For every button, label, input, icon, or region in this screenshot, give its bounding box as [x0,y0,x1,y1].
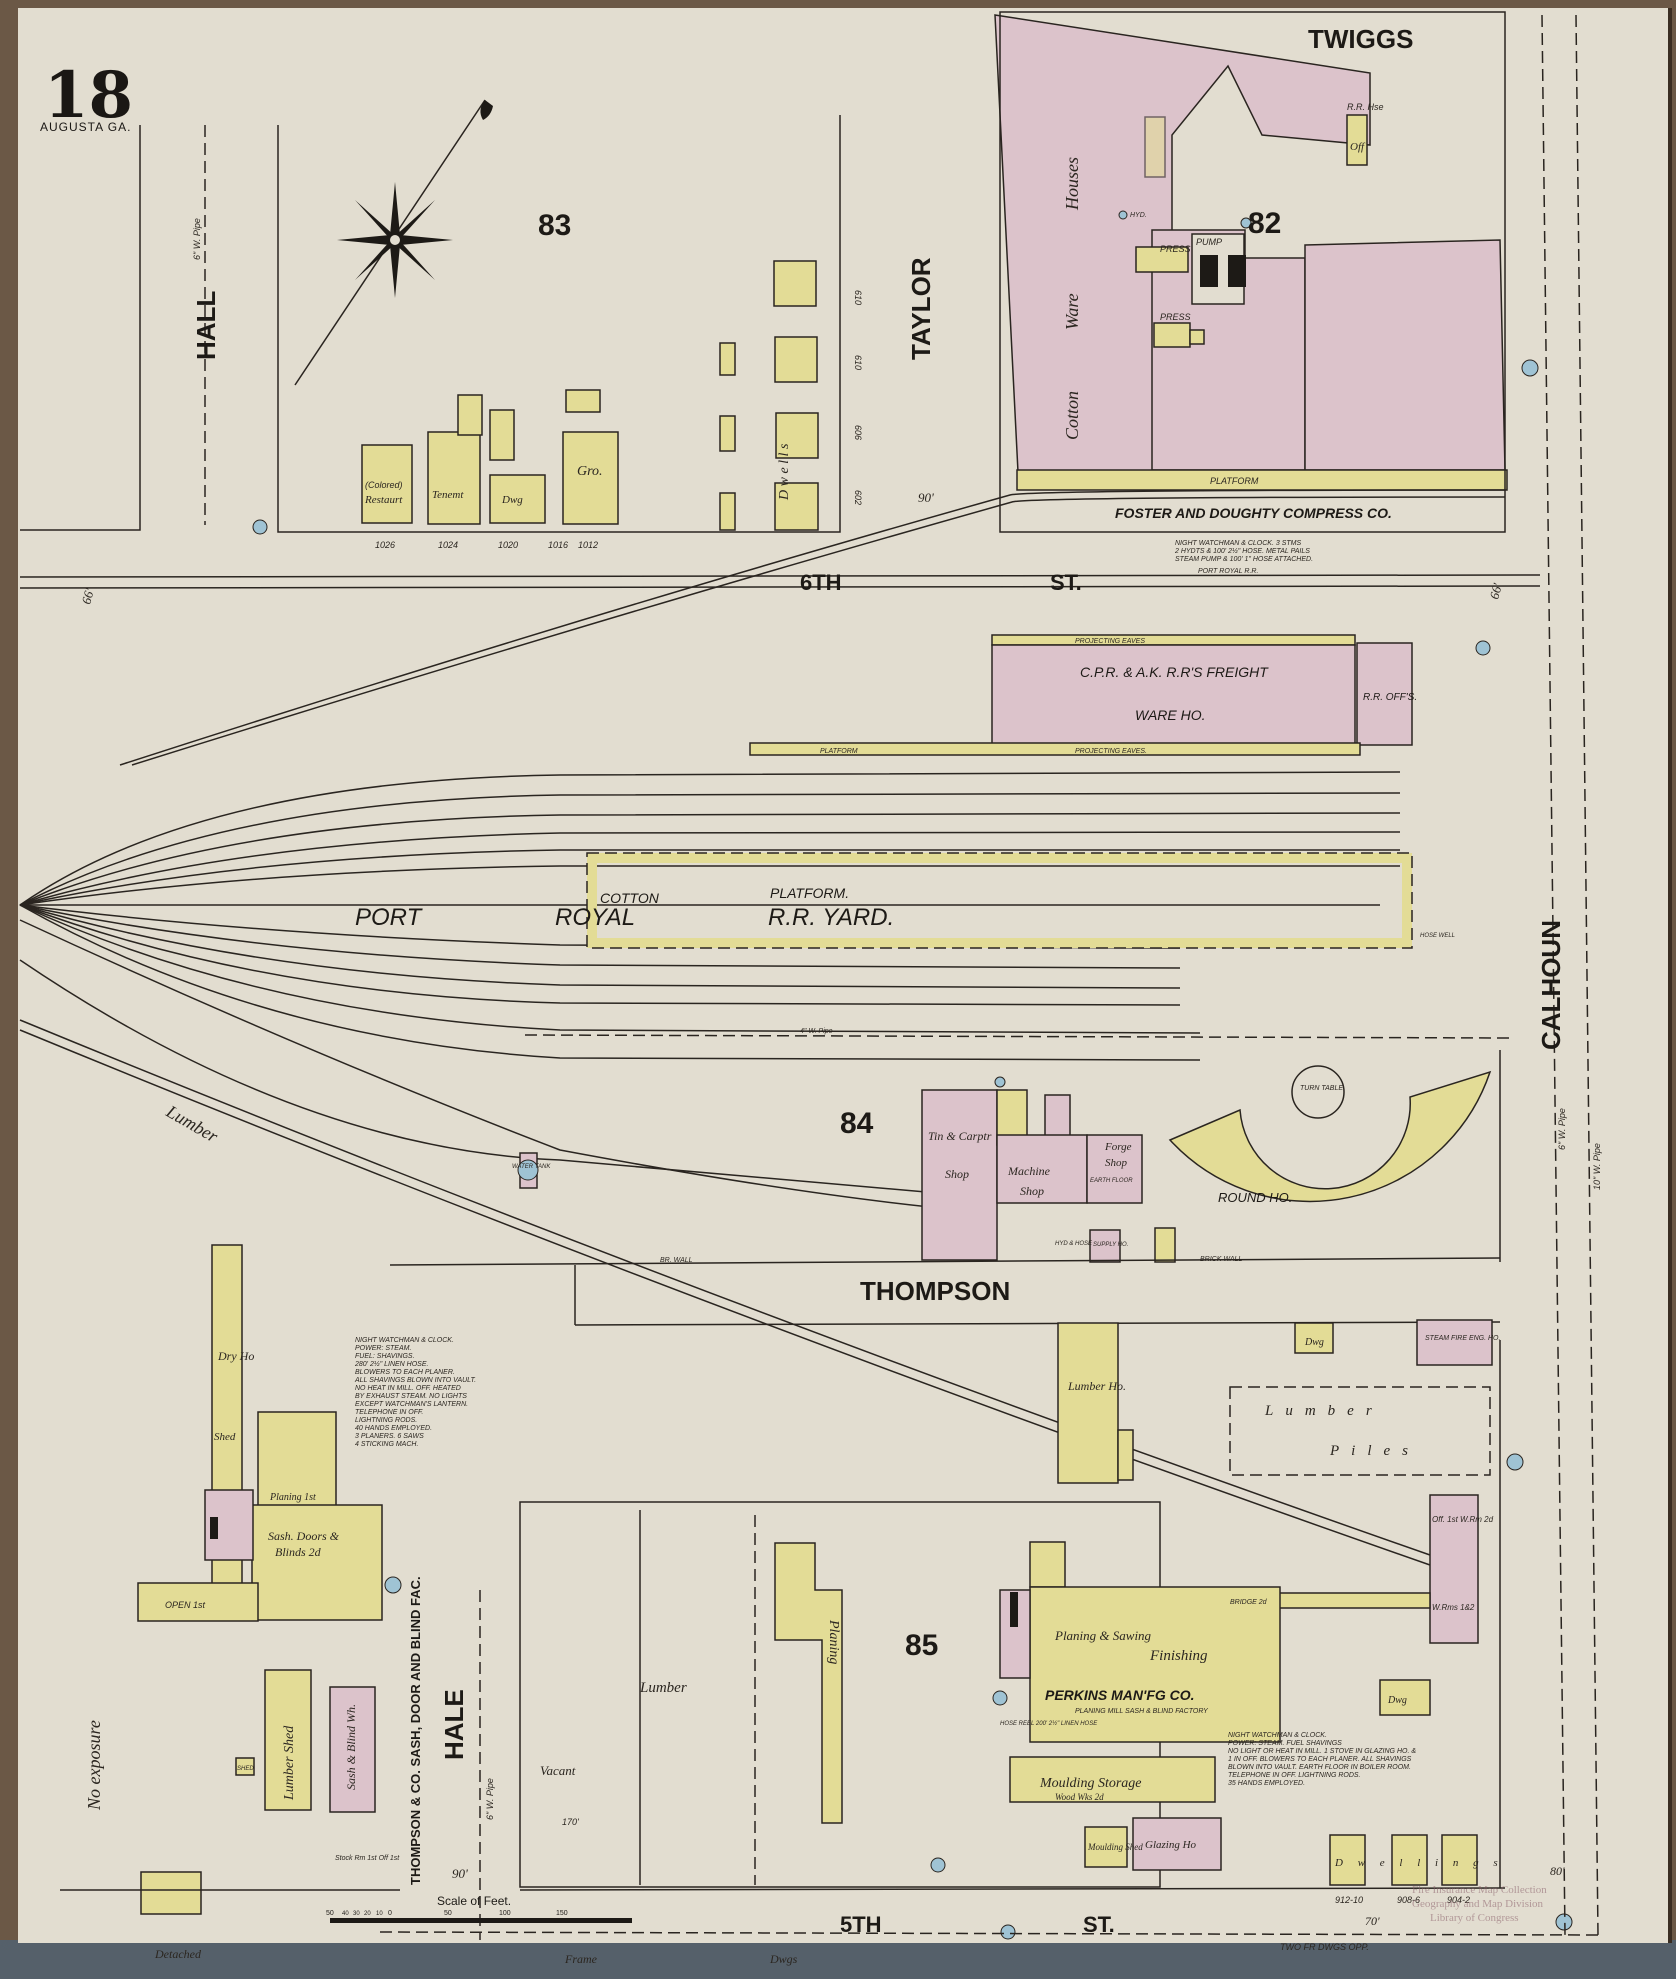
perkins-notes: NIGHT WATCHMAN & CLOCK. POWER: STEAM. FU… [1228,1732,1416,1787]
yard-rr-yard: R.R. YARD. [768,904,894,931]
compass-rose-icon [295,100,493,385]
dist-70: 70' [1365,1914,1380,1928]
label-brick-wall: BRICK WALL [1200,1256,1242,1263]
svg-text:0: 0 [388,1910,392,1917]
label-detached: Detached [154,1947,202,1961]
company-thompson: THOMPSON & CO. SASH, DOOR AND BLIND FAC. [408,1576,423,1885]
svg-text:40 HANDS EMPLOYED.: 40 HANDS EMPLOYED. [355,1425,432,1432]
svg-text:Library of Congress: Library of Congress [1430,1912,1519,1924]
label-hose-well: HOSE WELL [1420,933,1455,939]
svg-text:Fire Insurance Map Collection: Fire Insurance Map Collection [1412,1884,1547,1896]
label-dwg-right: Dwg [1387,1695,1407,1706]
rail-yard-tracks [20,772,1510,1565]
label-houses: Houses [1062,157,1082,211]
label-4in-pipe: 4" W. Pipe [800,1028,833,1035]
label-vacant: Vacant [540,1763,576,1778]
address-606: 606 [853,425,863,440]
svg-text:ALL SHAVINGS BLOWN INTO VAULT.: ALL SHAVINGS BLOWN INTO VAULT. [354,1377,476,1384]
library-stamp: Fire Insurance Map Collection Geography … [1412,1884,1547,1924]
label-off-wrm: Off. 1st W.Rm 2d [1432,1515,1494,1524]
svg-text:FUEL: SHAVINGS.: FUEL: SHAVINGS. [355,1353,415,1360]
street-thompson: THOMPSON [860,1276,1010,1306]
label-open: OPEN 1st [165,1600,206,1610]
address-912-10: 912-10 [1335,1895,1363,1905]
label-dwgs: Dwgs [769,1952,798,1966]
label-frame: Frame [564,1952,598,1966]
company-foster-doughty: FOSTER AND DOUGHTY COMPRESS CO. [1115,505,1392,521]
svg-text:150: 150 [556,1910,568,1917]
street-fifth: 5TH [840,1912,882,1937]
label-moulding-storage: Moulding Storage [1039,1776,1142,1791]
address-610: 610 [853,290,863,305]
label-press-2: PRESS [1160,312,1191,322]
label-port-royal-rr: PORT ROYAL R.R. [1198,568,1258,575]
label-planing-sawing: Planing & Sawing [1054,1628,1152,1643]
dist-90-hale: 90' [452,1866,468,1881]
label-planing-1: Planing 1st [269,1492,316,1503]
label-dry-ho: Dry Ho [217,1349,254,1363]
svg-text:4 STICKING MACH.: 4 STICKING MACH. [355,1441,418,1448]
label-round-house: ROUND HO. [1218,1190,1292,1205]
label-press-1: PRESS [1160,244,1191,254]
label-bridge: BRIDGE 2d [1230,1599,1268,1606]
label-dwellings-85: D w e l l i n g s [1334,1857,1504,1869]
label-dwg: Dwg [501,494,523,506]
label-glazing: Glazing Ho [1145,1839,1197,1851]
svg-text:280' 2½" LINEN HOSE.: 280' 2½" LINEN HOSE. [354,1360,429,1368]
svg-text:NO HEAT IN MILL. OFF. HEATED: NO HEAT IN MILL. OFF. HEATED [355,1385,461,1392]
label-water-tank: WATER TANK [512,1164,551,1170]
hydrant-icon [253,520,267,534]
company-perkins-sub: PLANING MILL SASH & BLIND FACTORY [1075,1708,1209,1715]
svg-text:Geography and Map Division: Geography and Map Division [1412,1898,1544,1910]
label-restaurant: Restaurt [364,494,403,506]
label-supply-ho: SUPPLY HO. [1093,1242,1128,1248]
label-dwg-top: Dwg [1304,1337,1324,1348]
map-canvas: TWIGGS HALL TAYLOR 6TH ST. CALHOUN THOMP… [0,0,1676,1979]
label-grocery: Gro. [577,464,603,479]
svg-text:100: 100 [499,1910,511,1917]
dist-66-left: 66' [78,586,97,605]
label-machine: Machine [1007,1164,1051,1178]
street-hale: HALE [439,1689,469,1760]
label-tin-shop: Tin & Carptr [928,1129,992,1143]
dist-66-right: 66' [1486,581,1505,600]
block-number-85: 85 [905,1629,938,1662]
label-forge-shop: Shop [1105,1157,1128,1169]
yard-port: PORT [355,904,424,931]
svg-text:NIGHT WATCHMAN & CLOCK.: NIGHT WATCHMAN & CLOCK. [355,1337,454,1344]
note-line: 2 HYDTS & 100' 2½" HOSE. METAL PAILS [1174,547,1310,555]
svg-text:LIGHTNING RODS.: LIGHTNING RODS. [355,1417,417,1424]
label-wood-wks: Wood Wks 2d [1055,1792,1104,1802]
address-602: 602 [853,490,863,505]
label-earth-floor: EARTH FLOOR [1090,1178,1133,1184]
note-line: NIGHT WATCHMAN & CLOCK. 3 STMS [1175,540,1301,547]
label-wrms: W.Rms 1&2 [1432,1603,1475,1612]
yard-cotton: COTTON [600,890,660,906]
freight-title: C.P.R. & A.K. R.R'S FREIGHT [1080,664,1269,680]
scale-bar [330,1918,632,1923]
label-planing-side: Planing [826,1619,841,1664]
freight-subtitle: WARE HO. [1135,707,1206,723]
label-hose-house: HYD & HOSE [1055,1241,1093,1247]
svg-text:POWER: STEAM.: POWER: STEAM. [355,1345,411,1352]
label-two-fr-dwgs: TWO FR DWGS OPP. [1280,1942,1369,1952]
thompson-notes: NIGHT WATCHMAN & CLOCK. POWER: STEAM. FU… [354,1337,476,1448]
label-lumber-shed: Lumber Shed [282,1725,297,1801]
note-line: STEAM PUMP & 100' 1" HOSE ATTACHED. [1175,556,1313,563]
svg-text:TELEPHONE IN OFF.: TELEPHONE IN OFF. [355,1409,423,1416]
label-colored: (Colored) [365,480,403,490]
company-perkins: PERKINS MAN'FG CO. [1045,1687,1195,1703]
label-machine-shop: Shop [1020,1184,1044,1198]
label-platform: PLATFORM [1210,476,1259,486]
address-1012: 1012 [578,540,598,550]
svg-text:50: 50 [326,1910,334,1917]
label-turn-table: TURN TABLE [1300,1085,1343,1092]
svg-text:3 PLANERS. 6 SAWS: 3 PLANERS. 6 SAWS [355,1433,424,1440]
label-finishing: Finishing [1149,1648,1208,1664]
svg-text:NIGHT WATCHMAN & CLOCK.: NIGHT WATCHMAN & CLOCK. [1228,1732,1327,1739]
label-planing-3: Blinds 2d [275,1545,322,1559]
label-lumber-ho: Lumber Ho. [1067,1379,1126,1393]
freight-office: R.R. OFF'S. [1363,692,1417,703]
label-lumber-piles-2: Piles [1329,1443,1420,1459]
label-rr-hse: R.R. Hse [1347,102,1384,112]
block-82 [995,12,1507,532]
label-moulding-shed: Moulding Shed [1087,1842,1143,1852]
label-sash-blind: Sash & Blind Wh. [344,1704,358,1790]
block-number-82: 82 [1248,207,1281,240]
street-sixth: 6TH [800,570,842,595]
svg-text:BLOWERS TO EACH PLANER.: BLOWERS TO EACH PLANER. [355,1369,455,1376]
address-1016: 1016 [548,540,568,550]
calhoun-10in-pipe [1576,15,1598,1935]
street-hall: HALL [191,291,221,360]
address-1020: 1020 [498,540,518,550]
hall-pipe: 6" W. Pipe [192,218,202,260]
label-cotton: Cotton [1062,391,1082,440]
svg-text:40: 40 [342,1911,349,1917]
address-1026: 1026 [375,540,395,550]
calhoun-pipe-6-label: 6" W. Pipe [1557,1108,1567,1150]
block-number-83: 83 [538,209,571,242]
block-83 [20,100,840,534]
label-shed-small: SHED [237,1766,254,1772]
scale-ticks: 50 40 30 20 10 0 50 100 150 [326,1910,568,1917]
svg-text:1 IN OFF. BLOWERS TO EACH PLAN: 1 IN OFF. BLOWERS TO EACH PLANER. ALL SH… [1228,1756,1412,1763]
yard-royal: ROYAL [555,904,635,931]
label-planing-2: Sash. Doors & [268,1529,340,1543]
scale-title: Scale of Feet. [437,1894,511,1908]
label-stock-off: Stock Rm 1st Off 1st [335,1855,400,1862]
label-br-wall: BR. WALL [660,1257,693,1264]
fifth-street-pipe [380,1932,1600,1935]
label-no-exposure: No exposure [84,1720,104,1811]
svg-text:BY EXHAUST STEAM. NO LIGHTS: BY EXHAUST STEAM. NO LIGHTS [355,1393,467,1400]
street-calhoun: CALHOUN [1536,920,1566,1050]
label-hose-reel: HOSE REEL 200' 2½" LINEN HOSE [1000,1720,1098,1727]
label-tenement: Tenemt [432,489,464,501]
svg-text:BLOWN INTO VAULT. EARTH FLOOR: BLOWN INTO VAULT. EARTH FLOOR IN BOILER … [1228,1764,1411,1771]
address-610b: 610 [853,355,863,370]
label-hyd: HYD. [1130,212,1147,219]
label-steam-fire-eng: STEAM FIRE ENG. HO. [1425,1335,1501,1342]
street-sixth-st: ST. [1050,570,1082,595]
label-forge: Forge [1104,1141,1132,1153]
label-lumber-piles-1: Lumber [1264,1403,1384,1419]
address-1024: 1024 [438,540,458,550]
yard-platform: PLATFORM. [770,885,849,901]
svg-text:35 HANDS EMPLOYED.: 35 HANDS EMPLOYED. [1228,1780,1305,1787]
label-pump: PUMP [1196,237,1222,247]
dist-80: 80' [1550,1864,1565,1878]
svg-text:10: 10 [376,1911,383,1917]
label-ware: Ware [1062,293,1082,330]
block-number-84: 84 [840,1107,874,1140]
svg-text:TELEPHONE IN OFF. LIGHTNING RO: TELEPHONE IN OFF. LIGHTNING RODS. [1228,1772,1361,1779]
label-office: Off [1350,141,1366,153]
label-dwellings: D w e l l s [777,443,792,501]
calhoun-pipe-10-label: 10" W. Pipe [1592,1143,1602,1190]
street-taylor: TAYLOR [906,257,936,360]
label-shed: Shed [214,1431,236,1443]
street-fifth-st: ST. [1083,1912,1115,1937]
eaves-top: PROJECTING EAVES [1075,638,1145,645]
svg-text:NO LIGHT OR HEAT IN MILL. 1 ST: NO LIGHT OR HEAT IN MILL. 1 STOVE IN GLA… [1228,1748,1416,1755]
label-shop: Shop [945,1167,969,1181]
svg-text:50: 50 [444,1910,452,1917]
hale-pipe: 6" W. Pipe [485,1778,495,1820]
freight-platform: PLATFORM [820,748,858,755]
svg-text:EXCEPT WATCHMAN'S LANTERN.: EXCEPT WATCHMAN'S LANTERN. [355,1401,468,1408]
street-twiggs: TWIGGS [1308,24,1413,54]
dist-170: 170' [562,1817,579,1827]
svg-text:30: 30 [353,1911,360,1917]
yard-lumber: Lumber [162,1101,222,1147]
label-lumber: Lumber [639,1680,687,1696]
svg-text:20: 20 [364,1911,371,1917]
svg-text:POWER: STEAM. FUEL SHAVINGS: POWER: STEAM. FUEL SHAVINGS [1228,1740,1342,1747]
eaves-bottom: PROJECTING EAVES. [1075,748,1147,755]
dist-90: 90' [918,490,934,505]
